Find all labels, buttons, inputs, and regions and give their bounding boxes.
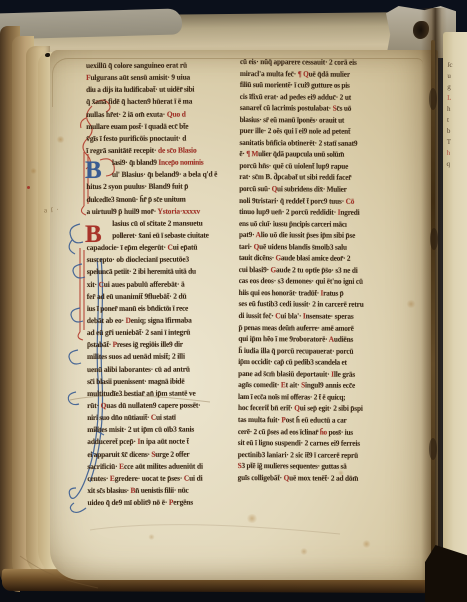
- gutter-stain: [430, 228, 438, 250]
- marginal-note: a ſ ·: [44, 205, 60, 214]
- text-line: p̄stabāt̄· Preses iḡ regiōis ille9 dir: [87, 339, 237, 352]
- text-line: rat· sc̄m B. d̄pcabat̄ ut sibi reddi fac…: [239, 171, 397, 184]
- text-line: S3 pt̄ē iḡ mulieres sequentes· guttas sā: [238, 460, 396, 473]
- facing-page-glyph: t: [447, 115, 467, 126]
- text-line: qui ip̄m hēo ī me 9roboratorē· Audiēns: [238, 333, 396, 346]
- text-line: ul' Blasius· q̄ı beland9· a bela q'd ē: [86, 169, 236, 182]
- text-line: cerē· 2 cū p̄ses ad eos īclinar̄ h̄o pos…: [238, 425, 396, 438]
- text-line: ses eū fustib3 cedi iussit· 2 in carcerē…: [239, 298, 397, 311]
- text-line: p̄ penas meas deūm̄ auferre· amē amorē: [238, 322, 396, 335]
- text-line: lam ī ecc̄a noīs mī offeras· 2 t̄ ē quic…: [238, 391, 396, 404]
- facing-page-glyph: h: [447, 148, 467, 159]
- text-line: polleret· x̄ani eū ī sebaste ciuitate: [87, 229, 237, 242]
- facing-page-glyph: h: [447, 104, 467, 115]
- text-line: tas multa fuit· Post h̄ eū eductū a car: [238, 414, 396, 427]
- text-line: cui blasi9· Gaude 2 tu optīe p̄s̄o· s3 n…: [239, 264, 397, 277]
- gutter-stain: [429, 438, 437, 460]
- text-line: tari· Quē uidens blandis s̄moīb3 salu: [239, 241, 397, 254]
- text-line: tinuo lup9 uen̄· 2 porcū reddidit· Ingre…: [239, 206, 397, 219]
- text-line: hiis qui eos honorāt· tradūt̄· Iratus p̄: [239, 287, 397, 300]
- text-line: debāt ab eo· Deniq; signa īfirmaba: [87, 314, 237, 327]
- text-line: guīs colligebāt̄· Quē mox tenēt̄· 2 ad d…: [238, 472, 396, 485]
- text-line: ens uō ciuī· iussu p̄ncipis carceri mācı: [239, 218, 397, 231]
- text-line: v̄gīs ī festo purificōis pnoctauit· d: [86, 132, 236, 145]
- text-line: porcū hn̄s· quē cū uiolent̄ lup9 rapue: [239, 160, 397, 173]
- facing-page-glyph: u: [447, 71, 467, 82]
- repair-tape-top-left: [0, 8, 182, 39]
- text-line: q̄ x̄anā fidē q̄ hacten9 hūerat ī ē ma: [86, 96, 236, 109]
- text-line: h̄ iudia illa q̄ porcū recupauerat· porc…: [238, 345, 396, 358]
- text-line: pat9· Alio uō die iussit p̄ses ip̄m sibi…: [239, 229, 397, 242]
- text-line: milites suos ad uenād misit̄; 2 illi: [87, 351, 237, 364]
- text-column-right: cū eis· nūq̄ apparere cessauit· 2 corā e…: [238, 56, 399, 484]
- text-line: puer ille· 2 oēs qui ī ei9 noīe ad peten…: [240, 125, 398, 138]
- text-line: multitudīe3 bestiar̄ an̄ ip̄m stantē ve: [87, 387, 237, 400]
- text-line: hitus 2 syon puulus· Bland9 fuit p̄: [86, 181, 236, 194]
- manuscript-photo: ſcugLhtbThq: [0, 0, 467, 602]
- text-line: cis īfixū erat· ad pedes ei9 adduc̄· 2 u…: [240, 91, 398, 104]
- text-line: niri suo dn̄o nūtiauit̄· Cui statī: [87, 412, 237, 425]
- text-line: ī regrā sanitātē recepit· de sc̄o Blasio: [86, 144, 236, 157]
- text-line: sc̄i blasii puenissent· magnā ibidē: [87, 375, 237, 388]
- text-line: sanitatis bn̄ficia obtinerēt· 2 statī sa…: [239, 137, 397, 150]
- text-line: diu a dijs ita ludificabat̄· ut uidēr̄ s…: [86, 84, 236, 97]
- facing-page-glyph: ſc: [447, 60, 467, 71]
- text-line: filiū suū morientē· ī cui9 gutture os pi…: [240, 79, 398, 92]
- gutter-crease-line: [431, 40, 435, 580]
- facing-page-glyph: g: [447, 82, 467, 93]
- text-line: ē· ¶ Mulier q̄dā paupcula unū solūm̄: [239, 148, 397, 161]
- text-line: uideo q̄ de9 mī oblit9 nō ē· Pergēns: [87, 497, 237, 510]
- text-line: uenū alibi laborantes· cū ad antrū: [87, 363, 237, 376]
- text-line: milites misit· 2 ut ip̄m cū oīb3 x̄anis: [87, 424, 237, 437]
- text-line: centes· Egredere· uocat te p̄ses· Cui di: [87, 472, 237, 485]
- text-line: tauit dicēns· Gaude blasi amice deor̄· 2: [239, 252, 397, 265]
- text-line: capadocie· ī ep̄m elegerūt· Cui ep̄atū: [87, 242, 237, 255]
- text-line: nullas hr̄et· 2 iā om̄ exuta· Quo d: [86, 108, 236, 121]
- text-line: sanaret̄ cū lacrimis postulabat· Sc̄s uō: [240, 102, 398, 115]
- text-line: ius ī poner̄ manū eis bn̄dictōı ī rece: [87, 302, 237, 315]
- facing-page-glyph: b: [447, 126, 467, 137]
- text-line: cū eis· nūq̄ apparere cessauit· 2 corā e…: [240, 56, 398, 69]
- text-line: adduceret̄ pcep̄· In ipa aūt nocte t̄: [87, 436, 237, 449]
- facing-page-glyph: L: [447, 93, 467, 104]
- text-line: rūt· Quas dū nullaten9 capere possēt·: [87, 399, 237, 412]
- text-line: hoc fecerit̄ bn̄ erit̄· Qui sep̄ egit· 2…: [238, 402, 396, 415]
- text-line: ad eū gr̄i ueniebāt̄· 2 sani ī integrū: [87, 327, 237, 340]
- text-line: porcū suū· Qui subridens dix̄· Mulier: [239, 183, 397, 196]
- gutter-stain: [429, 88, 437, 110]
- backdrop-corner: [425, 545, 467, 602]
- text-line: xit· Cui aues pabulū afferebāt· ā: [87, 278, 237, 291]
- text-line: miracl'a multa fec̄· ¶ Quē q̄dā mulier: [240, 68, 398, 81]
- text-line: suscepto· ob dioclecianī psecutōe3: [87, 254, 237, 267]
- text-line: sit eū ī ligno suspendi· 2 carnes ei9 fe…: [238, 437, 396, 450]
- text-line: pectinib3 laniari· 2 sic it̄9 ī carcerē …: [238, 449, 396, 462]
- text-line: fer̄ ad eū unanimit̄ 9fluebāt̄· 2 dū: [87, 290, 237, 303]
- facing-page-glyph: q: [447, 159, 467, 170]
- text-line: Fulgurans aūt sensū amisit· 9 uiua: [86, 72, 236, 85]
- text-line: noli 9tristari· q̄ reddet̄ t̄ porc9 tuus…: [239, 195, 397, 208]
- text-line: mullare euam post̄· ī quadā ecc̄ bt̄e: [86, 120, 236, 133]
- text-line: di iussit fec̄· Cui bla'· Insensate· spe…: [238, 310, 396, 323]
- text-line: lasius cū oī sc̄itate 2 mansuetu: [87, 217, 237, 230]
- text-line: sacrificiū· Ecce aūt milites adueniūt di: [87, 460, 237, 473]
- text-line: uexillū q̄ colore sanguineo erat rū: [86, 59, 236, 72]
- text-line: agn̄s comedit· Et ait· Singul9 annis ecc…: [238, 379, 396, 392]
- facing-page-glyph: T: [447, 137, 467, 148]
- text-line: xit sc̄s blasius· Bn̄ uenistis filii· nū…: [87, 484, 237, 497]
- text-line: ip̄m occidit· cap̄ cū pedib3 scandela et: [238, 356, 396, 369]
- text-line: speluncā petiit· 2 ibi heremitā uitā du: [87, 266, 237, 279]
- text-line: a uirtuul9 p̄ huil9 mor̄· Ystoria·xxxxv: [86, 205, 236, 218]
- text-line: lasi9· q̄ı bland9 Incep̄o nominis: [86, 157, 236, 170]
- text-line: cas eos deos· s3 demones· qui ēt'no igni…: [239, 275, 397, 288]
- facing-page-text-fragment: ſcugLhtbThq: [447, 60, 467, 170]
- text-line: dulcedīe3 s̄monū· h̄r̄ p̄ sc̄e unitum: [86, 193, 236, 206]
- text-line: ei apparuit x̄c̄ dicens· Surge 2 offer: [87, 448, 237, 461]
- text-line: blasius· sr̄ eū manū īponēs· orauit ut: [240, 114, 398, 127]
- text-line: pane ad s̄cm̄ blasiū deportauit· Ille gr…: [238, 368, 396, 381]
- text-column-left: uexillū q̄ colore sanguineo erat rūFulgu…: [86, 59, 238, 509]
